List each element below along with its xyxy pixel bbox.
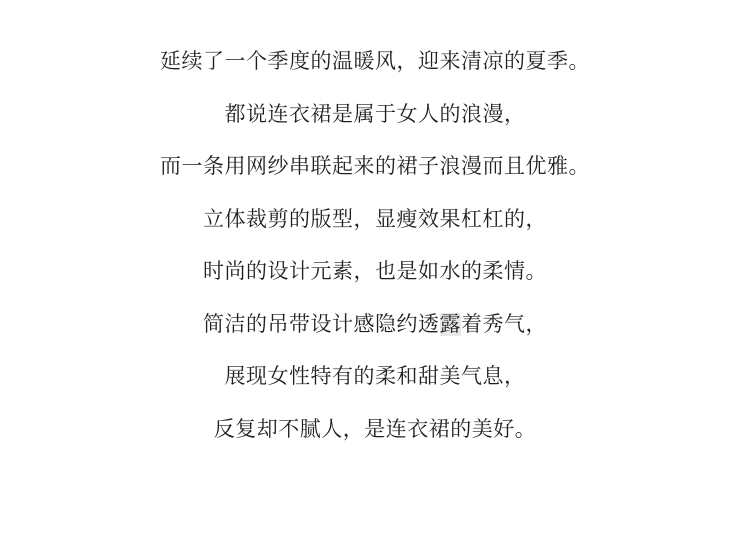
text-block: 延续了一个季度的温暖风，迎来清凉的夏季。 都说连衣裙是属于女人的浪漫， 而一条用…	[0, 0, 750, 456]
text-line-6-suffix: 着秀气，	[461, 313, 547, 336]
text-line-1: 延续了一个季度的温暖风，迎来清凉的夏季。	[0, 36, 750, 89]
text-line-2: 都说连衣裙是属于女人的浪漫，	[0, 89, 750, 142]
text-line-6: 简洁的吊带设计感隐约透露着秀气，	[0, 299, 750, 352]
text-line-7: 展现女性特有的柔和甜美气息，	[0, 351, 750, 404]
text-line-5: 时尚的设计元素，也是如水的柔情。	[0, 246, 750, 299]
text-line-8: 反复却不腻人，是连衣裙的美好。	[0, 404, 750, 457]
text-line-6-highlighted-char: 露	[440, 313, 462, 336]
text-line-4: 立体裁剪的版型，显瘦效果杠杠的，	[0, 194, 750, 247]
text-line-3: 而一条用网纱串联起来的裙子浪漫而且优雅。	[0, 141, 750, 194]
text-line-6-prefix: 简洁的吊带设计感隐约透	[203, 313, 440, 336]
